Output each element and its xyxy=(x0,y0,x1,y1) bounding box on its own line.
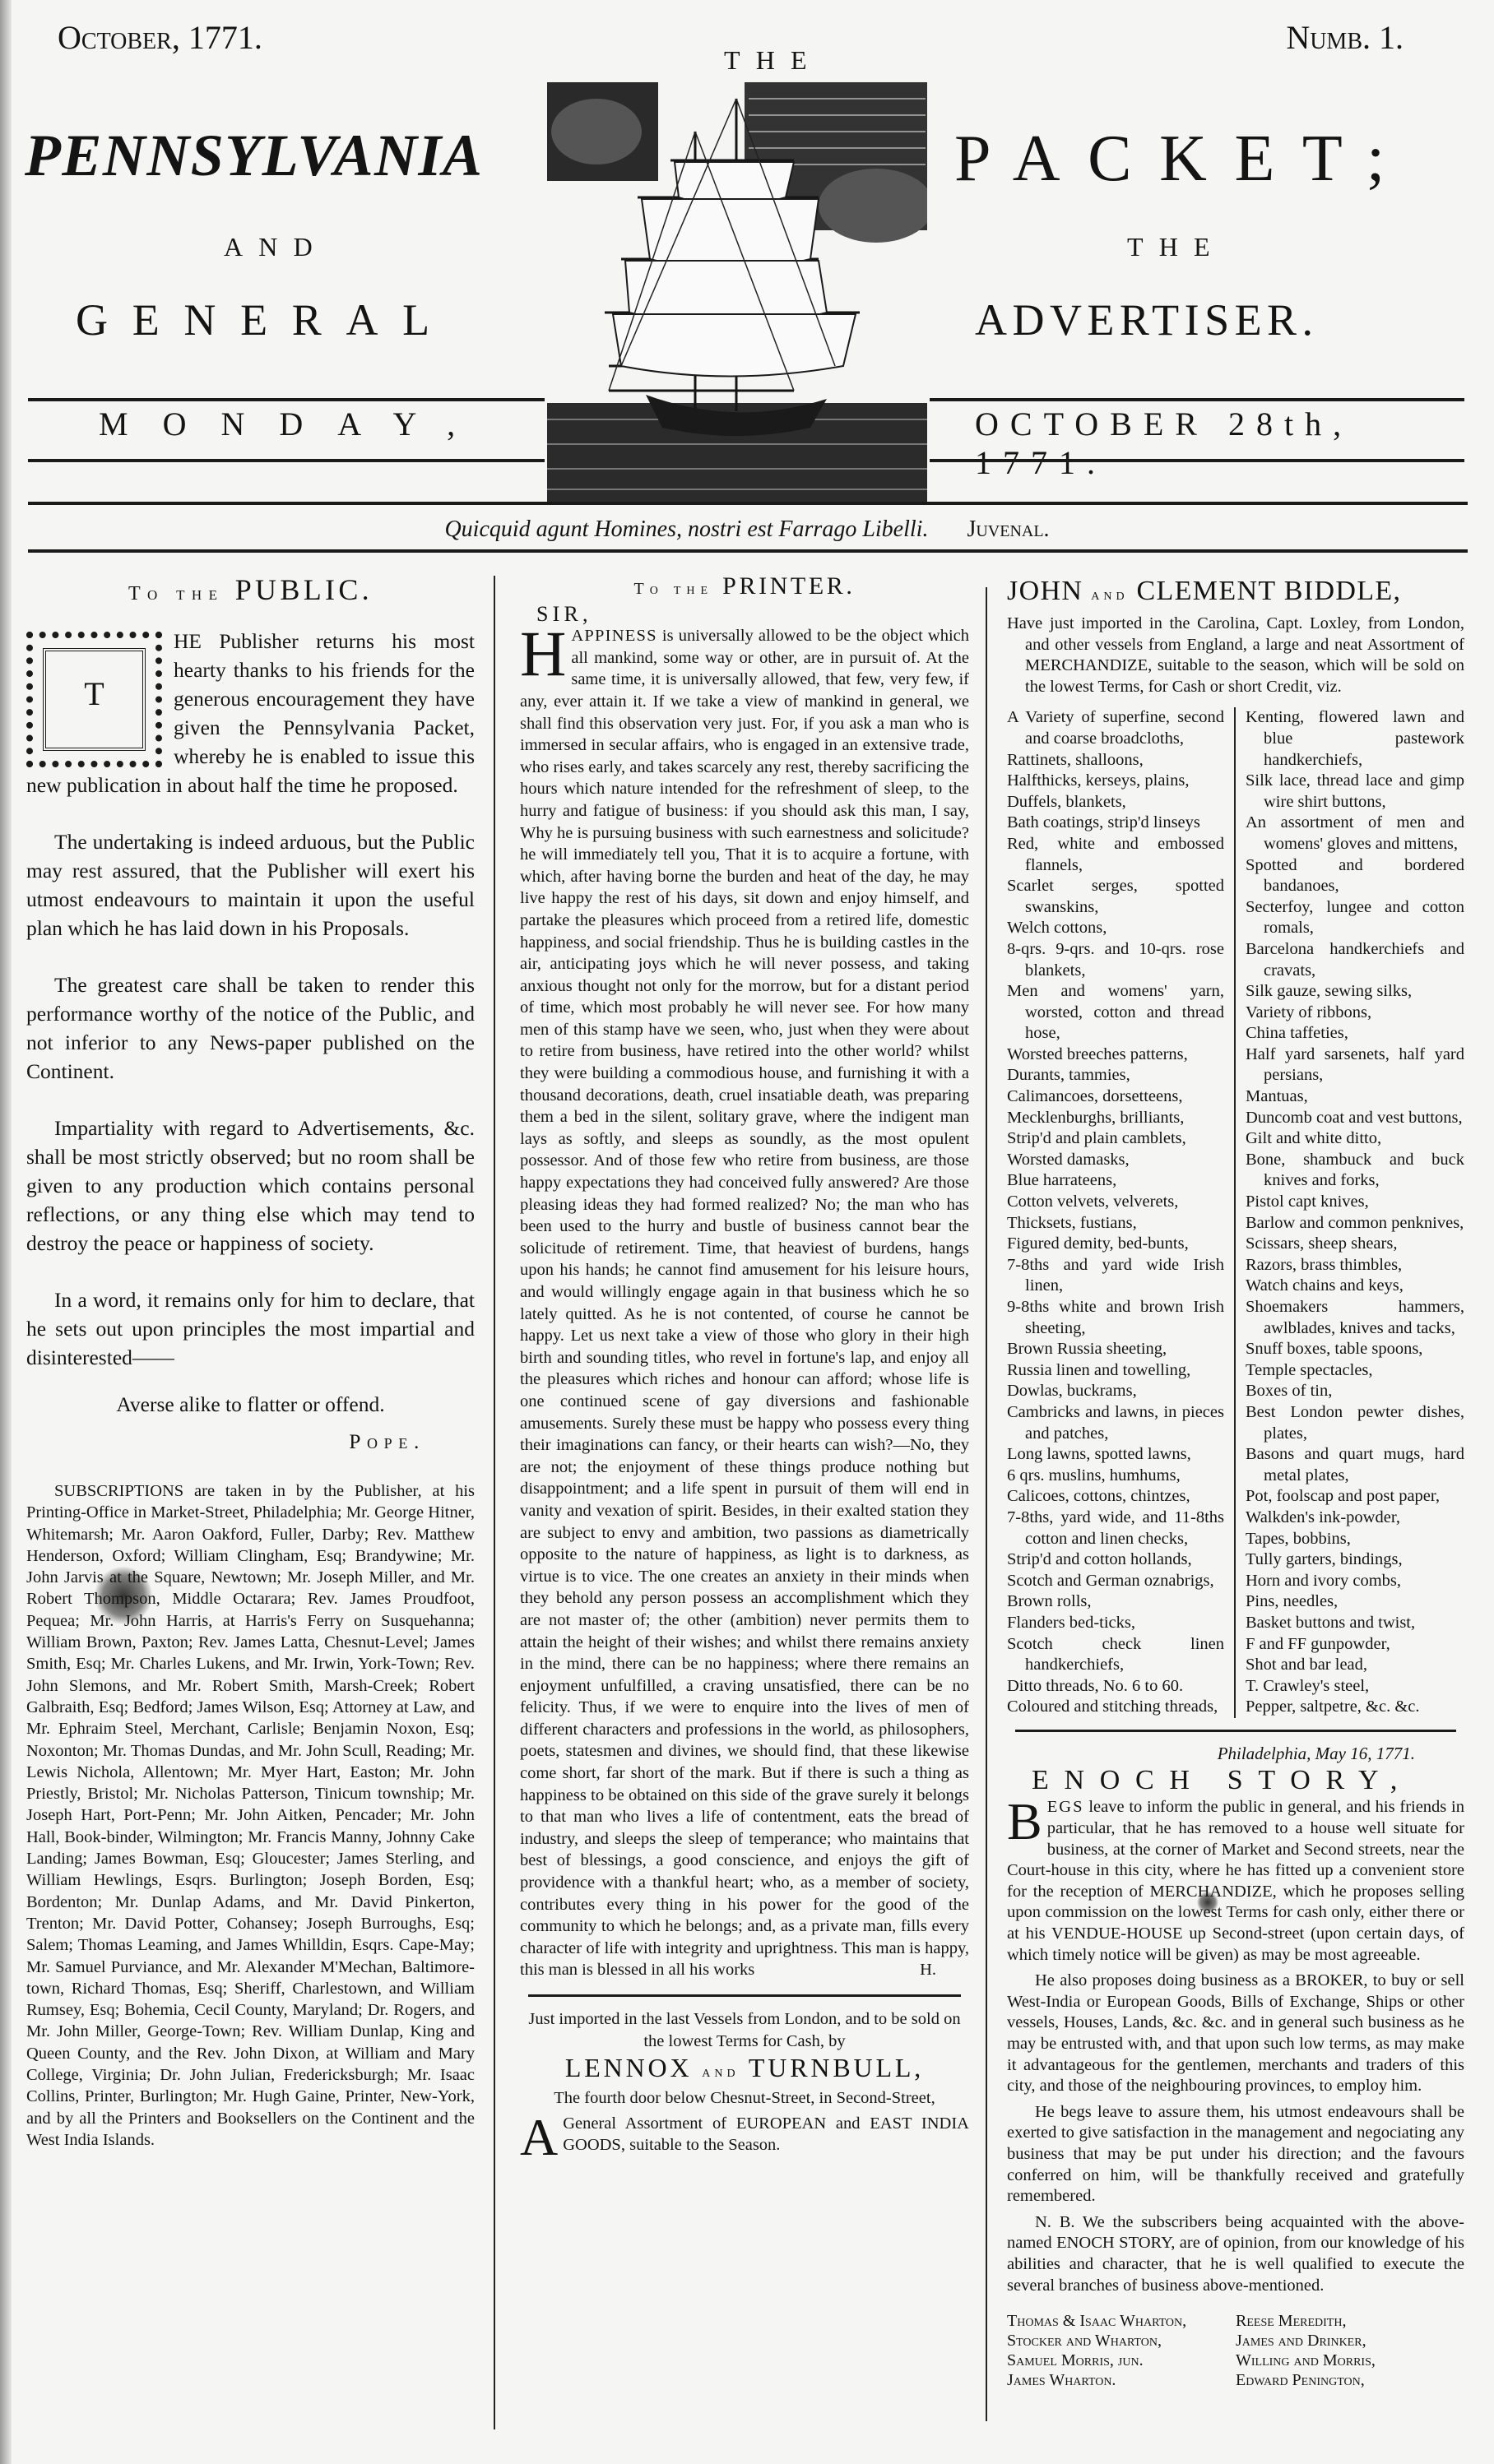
firm-clement-biddle: CLEMENT BIDDLE, xyxy=(1136,576,1401,606)
goods-item: Barlow and common penknives, xyxy=(1246,1213,1464,1234)
goods-item: Tully garters, bindings, xyxy=(1246,1549,1464,1571)
public-paragraph-2: The undertaking is indeed arduous, but t… xyxy=(26,827,475,943)
ink-blot xyxy=(95,1567,152,1624)
goods-item: Razors, brass thimbles, xyxy=(1246,1255,1464,1276)
goods-item: Cotton velvets, velverets, xyxy=(1007,1192,1224,1213)
goods-item: Rattinets, shalloons, xyxy=(1007,750,1224,771)
printer-headline-big: PRINTER. xyxy=(722,572,855,600)
goods-item: Silk gauze, sewing silks, xyxy=(1246,981,1464,1003)
goods-item: Coloured and stitching threads, xyxy=(1007,1697,1224,1718)
lennox-goods: A General Assortment of EUROPEAN and EAS… xyxy=(520,2113,969,2156)
story-nota-bene: N. B. We the subscribers being acquainte… xyxy=(1007,2212,1464,2296)
firm-john: JOHN xyxy=(1007,576,1083,606)
subscriber-signatures: Thomas & Isaac Wharton,Stocker and Whart… xyxy=(1007,2311,1464,2390)
goods-item: Calicoes, cottons, chintzes, xyxy=(1007,1486,1224,1508)
goods-item: Scotch and German oznabrigs, xyxy=(1007,1571,1224,1592)
goods-item: A Variety of superfine, second and coars… xyxy=(1007,707,1224,749)
title-the-right: THE xyxy=(1127,232,1226,262)
goods-item: 8-qrs. 9-qrs. and 10-qrs. rose blankets, xyxy=(1007,939,1224,981)
signer-name: Edward Penington, xyxy=(1236,2370,1464,2390)
goods-item: Mecklenburghs, brilliants, xyxy=(1007,1108,1224,1129)
goods-item: Thicksets, fustians, xyxy=(1007,1213,1224,1234)
goods-item: Duffels, blankets, xyxy=(1007,792,1224,813)
signer-name: Willing and Morris, xyxy=(1236,2351,1464,2370)
public-paragraph-3: The greatest care shall be taken to rend… xyxy=(26,970,475,1086)
firm-and: and xyxy=(702,2063,739,2081)
goods-item: Bone, shambuck and buck knives and forks… xyxy=(1246,1150,1464,1192)
story-paragraph-3: He begs leave to assure them, his utmost… xyxy=(1007,2102,1464,2207)
title-and: AND xyxy=(224,232,328,262)
letter-body: is universally allowed to be the object … xyxy=(520,627,969,1979)
signer-name: James and Drinker, xyxy=(1236,2331,1464,2351)
goods-item: Boxes of tin, xyxy=(1246,1381,1464,1402)
issue-full-date: OCTOBER 28th, 1771. xyxy=(975,405,1494,482)
goods-item: 6 qrs. muslins, humhums, xyxy=(1007,1466,1224,1487)
public-headline-small: To the xyxy=(128,583,224,604)
goods-item: Temple spectacles, xyxy=(1246,1360,1464,1382)
story-paragraph-2: He also proposes doing business as a BRO… xyxy=(1007,1971,1464,2097)
ad-divider-rule xyxy=(528,1994,961,1997)
masthead-rule-left-top xyxy=(28,398,545,401)
goods-item: Dowlas, buckrams, xyxy=(1007,1381,1224,1402)
goods-item: Spotted and bordered bandanoes, xyxy=(1246,855,1464,897)
goods-item: Tapes, bobbins, xyxy=(1246,1529,1464,1550)
story-divider-rule xyxy=(1015,1730,1456,1732)
goods-item: Shoemakers hammers, awlblades, knives an… xyxy=(1246,1297,1464,1339)
goods-item: Watch chains and keys, xyxy=(1246,1276,1464,1297)
printer-headline-small: To the xyxy=(634,580,714,598)
goods-item: Kenting, flowered lawn and blue pastewor… xyxy=(1246,707,1464,771)
letter-lead-word: APPINESS xyxy=(571,627,657,645)
page-edge-shadow xyxy=(0,0,12,2464)
goods-item: An assortment of men and womens' gloves … xyxy=(1246,813,1464,855)
firm-and: and xyxy=(1091,586,1128,604)
goods-item: Worsted breeches patterns, xyxy=(1007,1044,1224,1066)
goods-item: Brown Russia sheeting, xyxy=(1007,1339,1224,1360)
goods-item: Duncomb coat and vest buttons, xyxy=(1246,1108,1464,1129)
column-divider-2 xyxy=(986,587,987,2421)
motto-text: Quicquid agunt Homines, nostri est Farra… xyxy=(444,516,928,542)
goods-item: Scissars, sheep shears, xyxy=(1246,1234,1464,1255)
ink-blot xyxy=(1197,1892,1218,1913)
drop-cap-b: B xyxy=(1007,1800,1042,1843)
goods-item: Basons and quart mugs, hard metal plates… xyxy=(1246,1444,1464,1486)
pope-attribution: Pope. xyxy=(26,1427,475,1456)
goods-item: Blue harrateens, xyxy=(1007,1170,1224,1192)
lennox-ad-intro: Just imported in the last Vessels from L… xyxy=(520,2008,969,2052)
public-headline: To the PUBLIC. xyxy=(26,576,475,609)
column-to-the-public: To the PUBLIC. T HE Publisher returns hi… xyxy=(26,576,475,2151)
lennox-address: The fourth door below Chesnut-Street, in… xyxy=(520,2087,969,2110)
goods-item: 7-8ths and yard wide Irish linen, xyxy=(1007,1255,1224,1297)
goods-item: Pot, foolscap and post paper, xyxy=(1246,1486,1464,1508)
issue-date: October, 1771. xyxy=(58,18,262,57)
story-paragraph-1-text: leave to inform the public in general, a… xyxy=(1007,1798,1464,1963)
drop-cap-a: A xyxy=(520,2116,558,2159)
goods-item: Pistol capt knives, xyxy=(1246,1192,1464,1213)
letter-signature: H. xyxy=(920,1959,936,1981)
goods-item: Variety of ribbons, xyxy=(1246,1003,1464,1024)
enoch-story-name: ENOCH STORY, xyxy=(1032,1764,1464,1797)
story-dateline: Philadelphia, May 16, 1771. xyxy=(1007,1744,1464,1765)
goods-item: Figured demity, bed-bunts, xyxy=(1007,1234,1224,1255)
goods-list-left: A Variety of superfine, second and coars… xyxy=(1007,707,1236,1718)
column-to-the-printer: To the PRINTER. SIR, H APPINESS is unive… xyxy=(520,576,969,2159)
goods-item: Ditto threads, No. 6 to 60. xyxy=(1007,1676,1224,1697)
salutation: SIR, xyxy=(536,604,969,626)
signer-name: Thomas & Isaac Wharton, xyxy=(1007,2311,1236,2331)
ornamental-drop-cap: T xyxy=(26,632,162,767)
drop-cap-h: H xyxy=(520,628,566,679)
motto-line: Quicquid agunt Homines, nostri est Farra… xyxy=(0,516,1494,543)
newspaper-page: October, 1771. Numb. 1. THE PENNSYLVANIA… xyxy=(0,0,1494,2464)
public-paragraph-5: In a word, it remains only for him to de… xyxy=(26,1285,475,1372)
goods-item: Scarlet serges, spotted swanskins, xyxy=(1007,876,1224,918)
firm-turnbull: TURNBULL, xyxy=(749,2053,924,2082)
issue-number: Numb. 1. xyxy=(1286,18,1404,57)
masthead-rule-right-bottom xyxy=(930,459,1464,462)
goods-item: Gilt and white ditto, xyxy=(1246,1128,1464,1150)
title-packet: PACKET; xyxy=(954,122,1413,197)
public-paragraph-1: T HE Publisher returns his most hearty t… xyxy=(26,627,475,799)
goods-item: F and FF gunpowder, xyxy=(1246,1634,1464,1656)
goods-item: 9-8ths white and brown Irish sheeting, xyxy=(1007,1297,1224,1339)
goods-item: Halfthicks, kerseys, plains, xyxy=(1007,771,1224,792)
goods-item: Men and womens' yarn, worsted, cotton an… xyxy=(1007,981,1224,1044)
drop-cap-letter: T xyxy=(26,679,162,708)
goods-item: Flanders bed-ticks, xyxy=(1007,1613,1224,1634)
lennox-goods-text: General Assortment of EUROPEAN and EAST … xyxy=(563,2114,969,2155)
biddle-goods-list: A Variety of superfine, second and coars… xyxy=(1007,707,1464,1718)
story-paragraph-1: B EGS leave to inform the public in gene… xyxy=(1007,1797,1464,1966)
motto-author: Juvenal. xyxy=(967,516,1049,542)
firm-lennox: LENNOX xyxy=(565,2053,693,2082)
goods-item: Welch cottons, xyxy=(1007,918,1224,939)
motto-rule-top xyxy=(28,502,1468,505)
public-headline-big: PUBLIC. xyxy=(235,573,373,606)
goods-item: Red, white and embossed flannels, xyxy=(1007,834,1224,876)
goods-item: Pins, needles, xyxy=(1246,1591,1464,1613)
goods-item: China taffeties, xyxy=(1246,1023,1464,1044)
column-divider-1 xyxy=(494,576,495,2429)
title-advertiser: ADVERTISER. xyxy=(975,294,1319,345)
signer-name: Reese Meredith, xyxy=(1236,2311,1464,2331)
title-general: GENERAL xyxy=(76,294,454,345)
goods-item: Strip'd and cotton hollands, xyxy=(1007,1549,1224,1571)
signer-name: Stocker and Wharton, xyxy=(1007,2331,1236,2351)
signer-name: James Wharton. xyxy=(1007,2370,1236,2390)
signers-left: Thomas & Isaac Wharton,Stocker and Whart… xyxy=(1007,2311,1236,2390)
lennox-firm-name: LENNOX and TURNBULL, xyxy=(520,2052,969,2087)
ship-woodcut-image xyxy=(547,82,927,503)
goods-item: Bath coatings, strip'd linseys xyxy=(1007,813,1224,834)
goods-item: Calimancoes, dorsetteens, xyxy=(1007,1086,1224,1108)
goods-item: Shot and bar lead, xyxy=(1246,1655,1464,1676)
subscriptions-notice: SUBSCRIPTIONS are taken in by the Publis… xyxy=(26,1480,475,2151)
goods-item: Barcelona handkerchiefs and cravats, xyxy=(1246,939,1464,981)
goods-item: Basket buttons and twist, xyxy=(1246,1613,1464,1634)
goods-item: Cambricks and lawns, in pieces and patch… xyxy=(1007,1402,1224,1444)
goods-item: Best London pewter dishes, plates, xyxy=(1246,1402,1464,1444)
masthead-rule-left-bottom xyxy=(28,459,545,462)
goods-item: Snuff boxes, table spoons, xyxy=(1246,1339,1464,1360)
goods-item: Mantuas, xyxy=(1246,1086,1464,1108)
goods-item: Walkden's ink-powder, xyxy=(1246,1508,1464,1529)
printer-headline: To the PRINTER. xyxy=(520,576,969,600)
pope-quote: Averse alike to flatter or offend. xyxy=(26,1390,475,1419)
goods-item: Scotch check linen handkerchiefs, xyxy=(1007,1634,1224,1676)
goods-item: Half yard sarsenets, half yard persians, xyxy=(1246,1044,1464,1086)
goods-item: 7-8ths, yard wide, and 11-8ths cotton an… xyxy=(1007,1508,1224,1549)
goods-item: Pepper, saltpetre, &c. &c. xyxy=(1246,1697,1464,1718)
goods-item: Russia linen and towelling, xyxy=(1007,1360,1224,1382)
goods-item: T. Crawley's steel, xyxy=(1246,1676,1464,1697)
masthead-rule-right-top xyxy=(930,398,1464,401)
biddle-firm-name: JOHN and CLEMENT BIDDLE, xyxy=(1007,576,1464,610)
motto-rule-bottom xyxy=(28,549,1468,553)
printer-letter: H APPINESS is universally allowed to be … xyxy=(520,625,969,1981)
signers-right: Reese Meredith,James and Drinker,Willing… xyxy=(1236,2311,1464,2390)
biddle-intro: Have just imported in the Carolina, Capt… xyxy=(1007,614,1464,697)
title-pennsylvania: PENNSYLVANIA xyxy=(25,122,483,190)
goods-item: Worsted damasks, xyxy=(1007,1150,1224,1171)
goods-item: Silk lace, thread lace and gimp wire shi… xyxy=(1246,771,1464,813)
story-lead-word: EGS xyxy=(1047,1798,1084,1816)
column-advertisements: JOHN and CLEMENT BIDDLE, Have just impor… xyxy=(1007,576,1464,2390)
goods-item: Long lawns, spotted lawns, xyxy=(1007,1444,1224,1466)
goods-list-right: Kenting, flowered lawn and blue pastewor… xyxy=(1236,707,1464,1718)
public-paragraph-4: Impartiality with regard to Advertisemen… xyxy=(26,1114,475,1257)
goods-item: Strip'd and plain camblets, xyxy=(1007,1128,1224,1150)
weekday: MONDAY, xyxy=(99,405,489,443)
goods-item: Brown rolls, xyxy=(1007,1591,1224,1613)
title-the: THE xyxy=(724,45,823,76)
goods-item: Secterfoy, lungee and cotton romals, xyxy=(1246,897,1464,939)
goods-item: Durants, tammies, xyxy=(1007,1065,1224,1086)
signer-name: Samuel Morris, jun. xyxy=(1007,2351,1236,2370)
goods-item: Horn and ivory combs, xyxy=(1246,1571,1464,1592)
